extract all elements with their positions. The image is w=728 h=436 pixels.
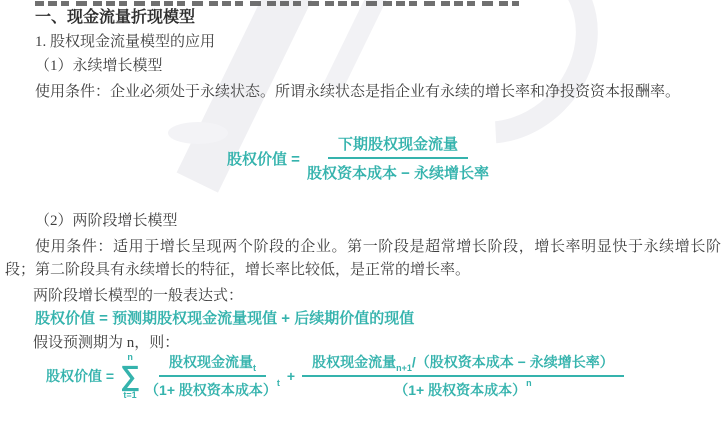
formula-two-stage: 股权价值 = n ∑ t=1 股权现金流量t （1+ 股权资本成本）t + 股权… bbox=[46, 352, 627, 400]
plus-operator: + bbox=[287, 368, 295, 384]
general-expression: 股权价值 = 预测期股权现金流量现值 + 后续期价值的现值 bbox=[35, 309, 414, 329]
document-page: 一、现金流量折现模型 1. 股权现金流量模型的应用 （1）永续增长模型 使用条件… bbox=[0, 0, 728, 436]
term2-numerator-subscript: n+1 bbox=[396, 363, 412, 373]
subsection-1-title: （1）永续增长模型 bbox=[35, 56, 163, 76]
term2-denominator: （1+ 股权资本成本）n bbox=[394, 377, 531, 400]
watermark-shape bbox=[168, 122, 228, 144]
section-heading: 一、现金流量折现模型 bbox=[35, 8, 195, 28]
cropped-top-text-line bbox=[35, 1, 519, 6]
term1-denominator: （1+ 股权资本成本）t bbox=[145, 377, 280, 400]
formula2-lhs: 股权价值 = bbox=[46, 366, 114, 386]
term1-numerator: 股权现金流量t bbox=[159, 352, 266, 377]
formula2-term2-fraction: 股权现金流量n+1/（股权资本成本 − 永续增长率） （1+ 股权资本成本）n bbox=[302, 352, 624, 400]
sigma-symbol: ∑ bbox=[120, 362, 140, 390]
watermark-shape bbox=[324, 0, 392, 92]
formula1-numerator: 下期股权现金流量 bbox=[328, 133, 468, 159]
term1-numerator-subscript: t bbox=[253, 363, 256, 373]
list-item-1: 1. 股权现金流量模型的应用 bbox=[35, 32, 215, 52]
sigma-summation: n ∑ t=1 bbox=[120, 352, 140, 400]
subsection-1-condition: 使用条件：企业必须处于永续状态。所谓永续状态是指企业有永续的增长率和净投资资本报… bbox=[5, 81, 721, 104]
term2-numerator: 股权现金流量n+1/（股权资本成本 − 永续增长率） bbox=[302, 352, 624, 377]
term2-numerator-rest: /（股权资本成本 − 永续增长率） bbox=[412, 354, 614, 370]
term2-numerator-text: 股权现金流量 bbox=[312, 354, 396, 370]
formula-perpetual-growth: 股权价值 = 下期股权现金流量 股权资本成本 − 永续增长率 bbox=[227, 133, 492, 183]
term2-denominator-text: （1+ 股权资本成本） bbox=[394, 382, 526, 398]
general-expression-label: 两阶段增长模型的一般表达式： bbox=[33, 286, 243, 306]
sigma-lower-limit: t=1 bbox=[123, 390, 136, 400]
term1-numerator-text: 股权现金流量 bbox=[169, 354, 253, 370]
assumption-line: 假设预测期为 n，则： bbox=[33, 333, 179, 353]
formula1-lhs: 股权价值 = bbox=[227, 148, 300, 169]
formula1-fraction: 下期股权现金流量 股权资本成本 − 永续增长率 bbox=[307, 133, 489, 183]
formula2-term1-fraction: 股权现金流量t （1+ 股权资本成本）t bbox=[145, 352, 280, 400]
formula1-denominator: 股权资本成本 − 永续增长率 bbox=[307, 159, 489, 183]
subsection-2-condition: 使用条件：适用于增长呈现两个阶段的企业。第一阶段是超常增长阶段，增长率明显快于永… bbox=[5, 236, 721, 282]
term2-denominator-exponent: n bbox=[526, 378, 532, 388]
term1-denominator-text: （1+ 股权资本成本） bbox=[145, 382, 277, 398]
term1-denominator-exponent: t bbox=[277, 378, 280, 388]
subsection-2-title: （2）两阶段增长模型 bbox=[35, 211, 178, 231]
